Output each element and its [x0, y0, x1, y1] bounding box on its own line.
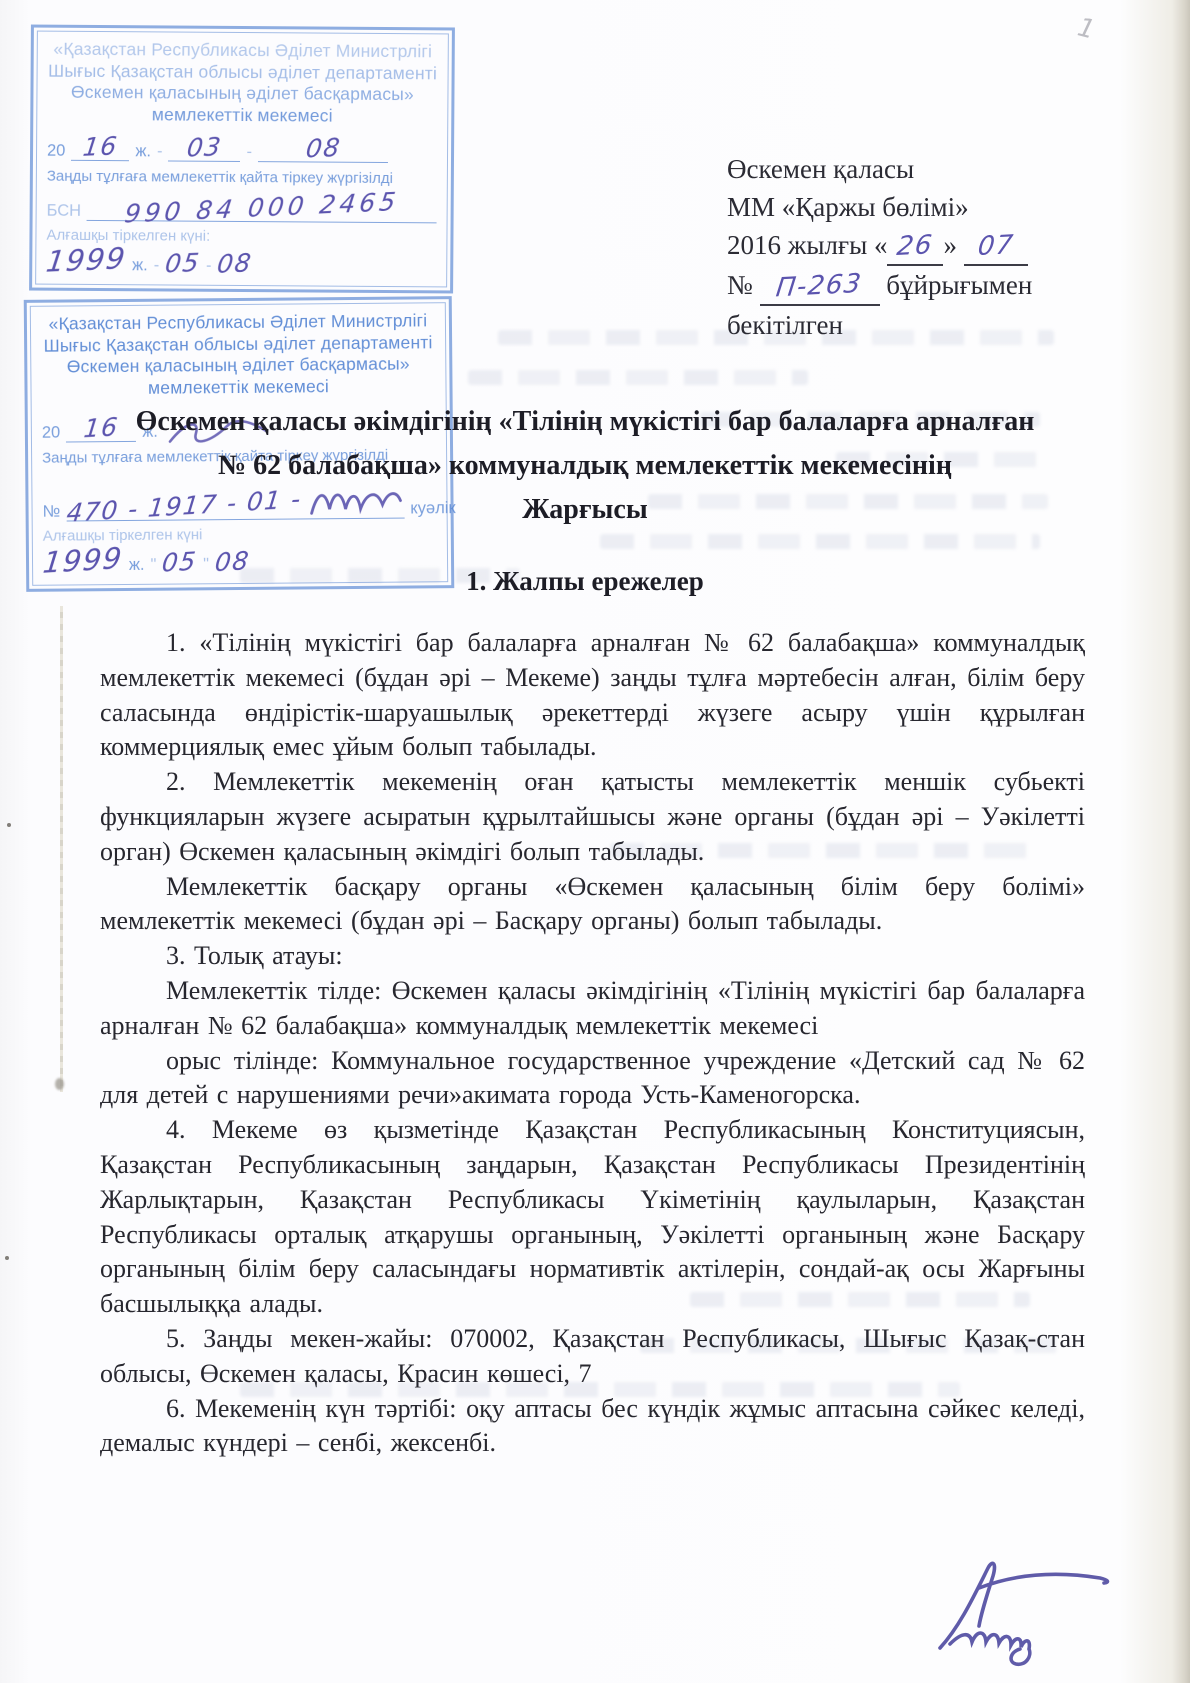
- page-number: 1: [1075, 12, 1098, 45]
- paragraph: 2. Мемлекеттік мекеменің оған қатысты ме…: [100, 765, 1085, 869]
- stamp-org-name: «Қазақстан Республикасы Әділет Министрлі…: [47, 39, 438, 128]
- handwritten-year: 16: [81, 133, 119, 160]
- scanned-document-page: 1 «Қазақстан Республикасы Әділет Министр…: [0, 0, 1190, 1683]
- paragraph: 5. Заңды мекен-жайы: 070002, Қазақстан Р…: [100, 1322, 1085, 1392]
- signature: [922, 1552, 1132, 1672]
- handwritten-bin: 990 84 000 2465: [123, 189, 401, 227]
- document-title: Өскемен қаласы әкімдігінің «Тілінің мүкі…: [85, 400, 1085, 532]
- handwritten-first-month: 05: [164, 250, 202, 277]
- handwritten-month: 03: [186, 134, 224, 161]
- stamp-first-date-row: 1999 ж. - 05 - 08: [46, 246, 436, 278]
- stamp-bin-row: БСН 990 84 000 2465: [47, 194, 437, 224]
- paragraph: 1. «Тілінің мүкістігі бар балаларға арна…: [100, 626, 1085, 765]
- approval-date-line: 2016 жылғы «26» 07: [727, 226, 1067, 266]
- binding-thread-knot: [55, 1078, 64, 1090]
- paragraph: орыс тілінде: Коммунальное государственн…: [100, 1044, 1085, 1114]
- paragraph: 4. Мекеме өз қызметінде Қазақстан Респуб…: [100, 1113, 1085, 1322]
- approval-org: ММ «Қаржы бөлімі»: [727, 188, 1067, 226]
- approval-block: Өскемен қаласы ММ «Қаржы бөлімі» 2016 жы…: [727, 150, 1067, 344]
- paper-speck: [7, 823, 11, 827]
- paragraph: 3. Толық атауы:: [100, 939, 1085, 974]
- registration-stamp-top: «Қазақстан Республикасы Әділет Министрлі…: [29, 25, 455, 294]
- handwritten-first-day: 08: [216, 250, 254, 277]
- handwritten-order-number: П-263: [775, 271, 864, 302]
- handwritten-order-month: 07: [976, 232, 1015, 260]
- paragraph: Мемлекеттік тілде: Өскемен қаласы әкімді…: [100, 974, 1085, 1044]
- approval-approved-word: бекітілген: [727, 306, 1067, 344]
- paper-speck: [5, 1256, 9, 1260]
- stamp-reregistration-line: Заңды тұлғаға мемлекеттік қайта тіркеу ж…: [47, 168, 437, 188]
- approval-order-line: № П-263 бұйрығымен: [727, 266, 1067, 306]
- section-heading: 1. Жалпы ережелер: [85, 566, 1085, 597]
- handwritten-order-day: 26: [896, 232, 935, 260]
- stamp-org-name: «Қазақстан Республикасы Әділет Министрлі…: [41, 310, 436, 399]
- paragraph: Мемлекеттік басқару органы «Өскемен қала…: [100, 870, 1085, 940]
- paragraph: 6. Мекеменің күн тәртібі: оқу аптасы бес…: [100, 1392, 1085, 1462]
- bleed-through-artifact: [600, 534, 1040, 549]
- handwritten-first-year: 1999: [44, 244, 128, 277]
- document-body: 1. «Тілінің мүкістігі бар балаларға арна…: [100, 626, 1085, 1461]
- stamp-date-row: 20 16 ж. - 03 - 08: [47, 134, 437, 164]
- binding-thread: [60, 606, 63, 1092]
- handwritten-day: 08: [304, 135, 342, 162]
- approval-city: Өскемен қаласы: [727, 150, 1067, 188]
- bleed-through-artifact: [468, 370, 808, 385]
